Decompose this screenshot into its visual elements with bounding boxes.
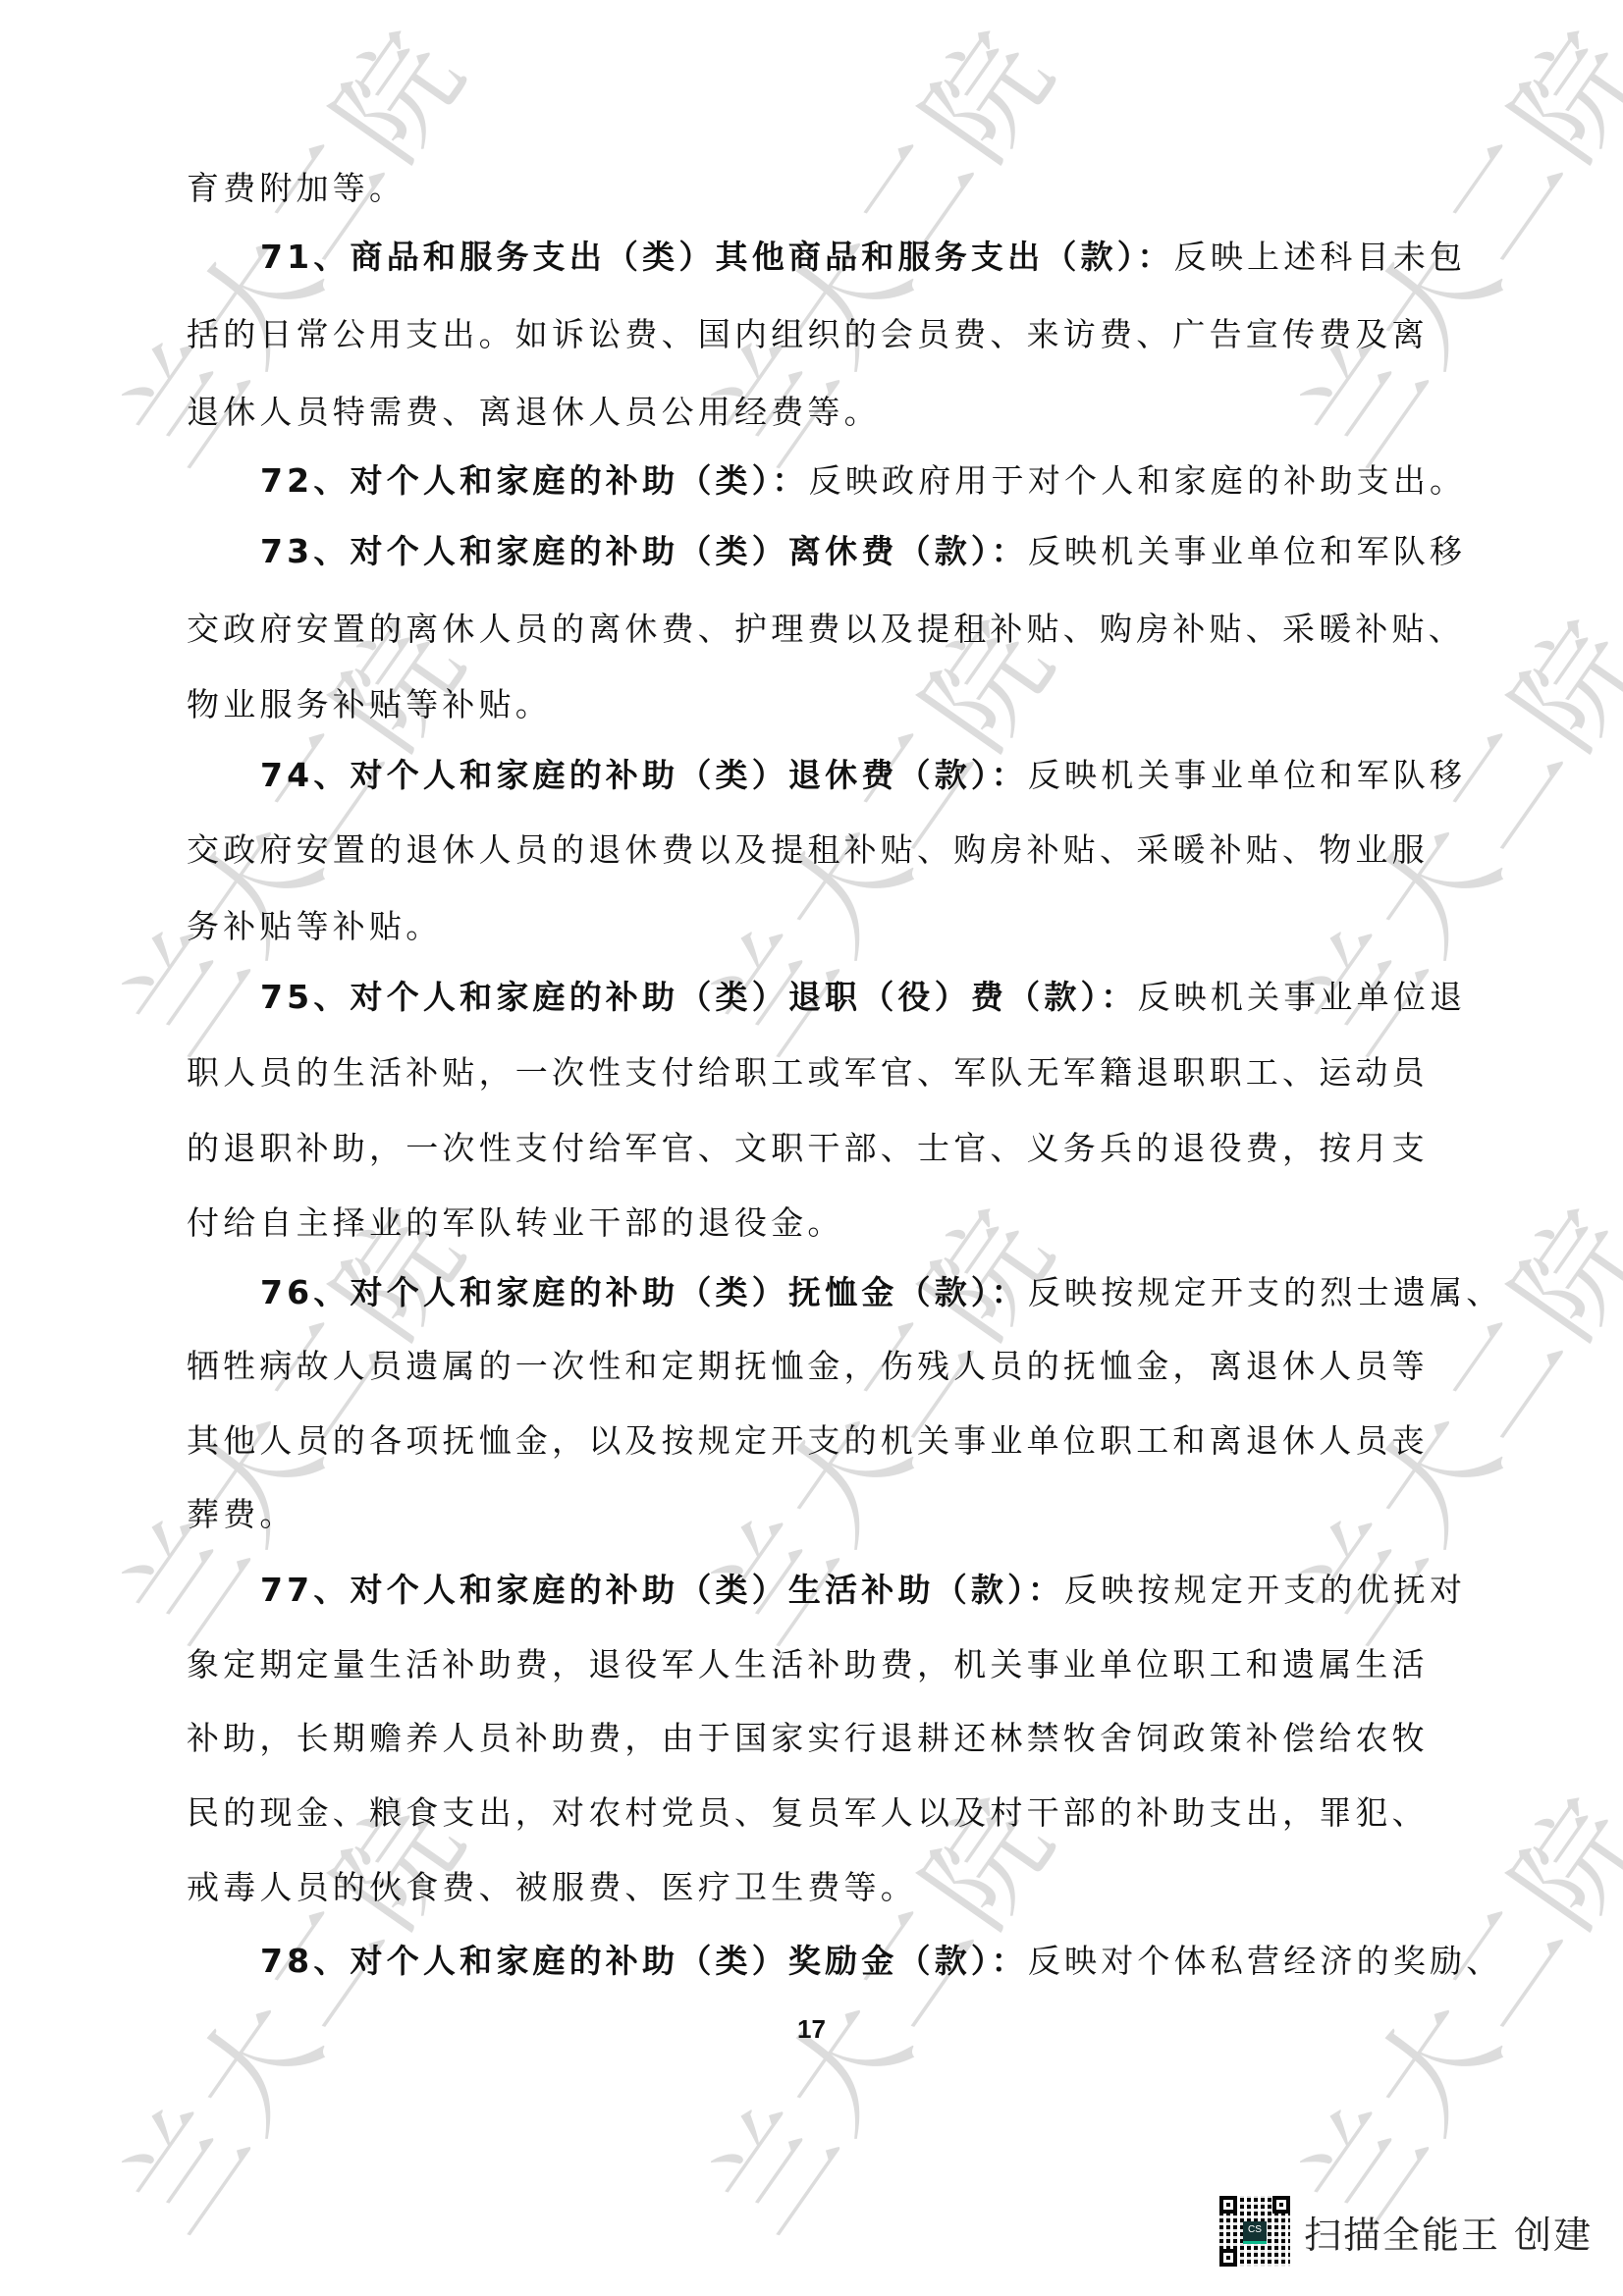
- item-text: 交政府安置的退休人员的退休费以及提租补贴、购房补贴、采暖补贴、物业服: [187, 830, 1429, 869]
- item-text: 民的现金、粮食支出，对农村党员、复员军人以及村干部的补助支出，罪犯、: [187, 1793, 1429, 1832]
- item-text: 务补贴等补贴。: [187, 907, 442, 945]
- item-text: 反映按规定开支的烈士遗属、: [1028, 1273, 1503, 1311]
- paragraph-text-line: 戒毒人员的伙食费、被服费、医疗卫生费等。: [187, 1866, 1438, 1909]
- item-text: 补助，长期赡养人员补助费，由于国家实行退耕还林禁牧舍饲政策补偿给农牧: [187, 1719, 1429, 1757]
- item-text: 葬费。: [187, 1495, 297, 1533]
- scanner-footer: CS 扫描全能王 创建: [1219, 2195, 1593, 2268]
- qr-code-icon: CS: [1219, 2196, 1290, 2267]
- item-heading: 75、对个人和家庭的补助（类）退职（役）费（款）：: [260, 978, 1137, 1016]
- paragraph-text-line: 补助，长期赡养人员补助费，由于国家实行退耕还林禁牧舍饲政策补偿给农牧: [187, 1717, 1438, 1760]
- item-text: 退休人员特需费、离退休人员公用经费等。: [187, 393, 881, 431]
- paragraph-heading-line: 71、商品和服务支出（类）其他商品和服务支出（款）：反映上述科目未包: [260, 236, 1438, 279]
- paragraph-heading-line: 76、对个人和家庭的补助（类）抚恤金（款）：反映按规定开支的烈士遗属、: [260, 1271, 1438, 1314]
- item-heading: 71、商品和服务支出（类）其他商品和服务支出（款）：: [260, 238, 1174, 276]
- item-heading: 77、对个人和家庭的补助（类）生活补助（款）：: [260, 1571, 1064, 1609]
- paragraph-text-line: 务补贴等补贴。: [187, 905, 1438, 948]
- item-text: 反映上述科目未包: [1174, 238, 1467, 276]
- item-heading: 78、对个人和家庭的补助（类）奖励金（款）：: [260, 1942, 1028, 1980]
- paragraph-heading-line: 72、对个人和家庭的补助（类）：反映政府用于对个人和家庭的补助支出。: [260, 459, 1438, 503]
- camscanner-logo-icon: CS: [1243, 2221, 1267, 2244]
- paragraph-text-line: 民的现金、粮食支出，对农村党员、复员军人以及村干部的补助支出，罪犯、: [187, 1791, 1438, 1835]
- item-text: 交政府安置的离休人员的离休费、护理费以及提租补贴、购房补贴、采暖补贴、: [187, 610, 1465, 648]
- item-text: 反映对个体私营经济的奖励、: [1028, 1942, 1503, 1980]
- item-text: 反映机关事业单位和军队移: [1028, 532, 1466, 570]
- paragraph-text-line: 葬费。: [187, 1493, 1438, 1536]
- item-text: 象定期定量生活补助费，退役军人生活补助费，机关事业单位职工和遗属生活: [187, 1645, 1429, 1683]
- paragraph-heading-line: 78、对个人和家庭的补助（类）奖励金（款）：反映对个体私营经济的奖励、: [260, 1940, 1438, 1983]
- paragraph-text-line: 付给自主择业的军队转业干部的退役金。: [187, 1201, 1438, 1245]
- item-text: 的退职补助，一次性支付给军官、文职干部、士官、义务兵的退役费，按月支: [187, 1129, 1429, 1167]
- page-number: 17: [0, 2014, 1623, 2045]
- item-text: 反映政府用于对个人和家庭的补助支出。: [809, 461, 1467, 500]
- item-text: 反映按规定开支的优抚对: [1064, 1571, 1466, 1609]
- paragraph-text-line: 退休人员特需费、离退休人员公用经费等。: [187, 391, 1438, 434]
- item-text: 戒毒人员的伙食费、被服费、医疗卫生费等。: [187, 1868, 917, 1906]
- item-text: 物业服务补贴等补贴。: [187, 685, 552, 723]
- paragraph-heading-line: 73、对个人和家庭的补助（类）离休费（款）：反映机关事业单位和军队移: [260, 530, 1438, 573]
- document-page: 育费附加等。71、商品和服务支出（类）其他商品和服务支出（款）：反映上述科目未包…: [0, 0, 1623, 2296]
- paragraph-text-line: 其他人员的各项抚恤金，以及按规定开支的机关事业单位职工和离退休人员丧: [187, 1419, 1438, 1463]
- paragraph-text-line: 括的日常公用支出。如诉讼费、国内组织的会员费、来访费、广告宣传费及离: [187, 313, 1438, 356]
- paragraph-text-line: 象定期定量生活补助费，退役军人生活补助费，机关事业单位职工和遗属生活: [187, 1643, 1438, 1686]
- paragraph-text-line: 的退职补助，一次性支付给军官、文职干部、士官、义务兵的退役费，按月支: [187, 1127, 1438, 1170]
- paragraph-text-line: 职人员的生活补贴，一次性支付给职工或军官、军队无军籍退职职工、运动员: [187, 1051, 1438, 1095]
- item-text: 反映机关事业单位和军队移: [1028, 756, 1466, 794]
- item-heading: 72、对个人和家庭的补助（类）：: [260, 461, 809, 500]
- paragraph-heading-line: 75、对个人和家庭的补助（类）退职（役）费（款）：反映机关事业单位退: [260, 976, 1438, 1019]
- footer-text: 扫描全能王 创建: [1304, 2205, 1593, 2259]
- paragraph-heading-line: 77、对个人和家庭的补助（类）生活补助（款）：反映按规定开支的优抚对: [260, 1569, 1438, 1612]
- item-text: 牺牲病故人员遗属的一次性和定期抚恤金，伤残人员的抚恤金，离退休人员等: [187, 1347, 1429, 1385]
- item-text: 付给自主择业的军队转业干部的退役金。: [187, 1203, 844, 1242]
- paragraph-text-line: 交政府安置的退休人员的退休费以及提租补贴、购房补贴、采暖补贴、物业服: [187, 828, 1438, 872]
- item-heading: 74、对个人和家庭的补助（类）退休费（款）：: [260, 756, 1028, 794]
- item-text: 反映机关事业单位退: [1137, 978, 1466, 1016]
- paragraph-text-line: 物业服务补贴等补贴。: [187, 683, 1438, 726]
- paragraph-text-line: 育费附加等。: [187, 167, 1438, 210]
- paragraph-text-line: 牺牲病故人员遗属的一次性和定期抚恤金，伤残人员的抚恤金，离退休人员等: [187, 1345, 1438, 1388]
- paragraph-heading-line: 74、对个人和家庭的补助（类）退休费（款）：反映机关事业单位和军队移: [260, 754, 1438, 797]
- item-text: 其他人员的各项抚恤金，以及按规定开支的机关事业单位职工和离退休人员丧: [187, 1421, 1429, 1460]
- paragraph-text-line: 交政府安置的离休人员的离休费、护理费以及提租补贴、购房补贴、采暖补贴、: [187, 608, 1438, 651]
- item-text: 职人员的生活补贴，一次性支付给职工或军官、军队无军籍退职职工、运动员: [187, 1053, 1429, 1092]
- item-heading: 73、对个人和家庭的补助（类）离休费（款）：: [260, 532, 1028, 570]
- item-text: 育费附加等。: [187, 169, 406, 207]
- item-text: 括的日常公用支出。如诉讼费、国内组织的会员费、来访费、广告宣传费及离: [187, 315, 1429, 353]
- item-heading: 76、对个人和家庭的补助（类）抚恤金（款）：: [260, 1273, 1028, 1311]
